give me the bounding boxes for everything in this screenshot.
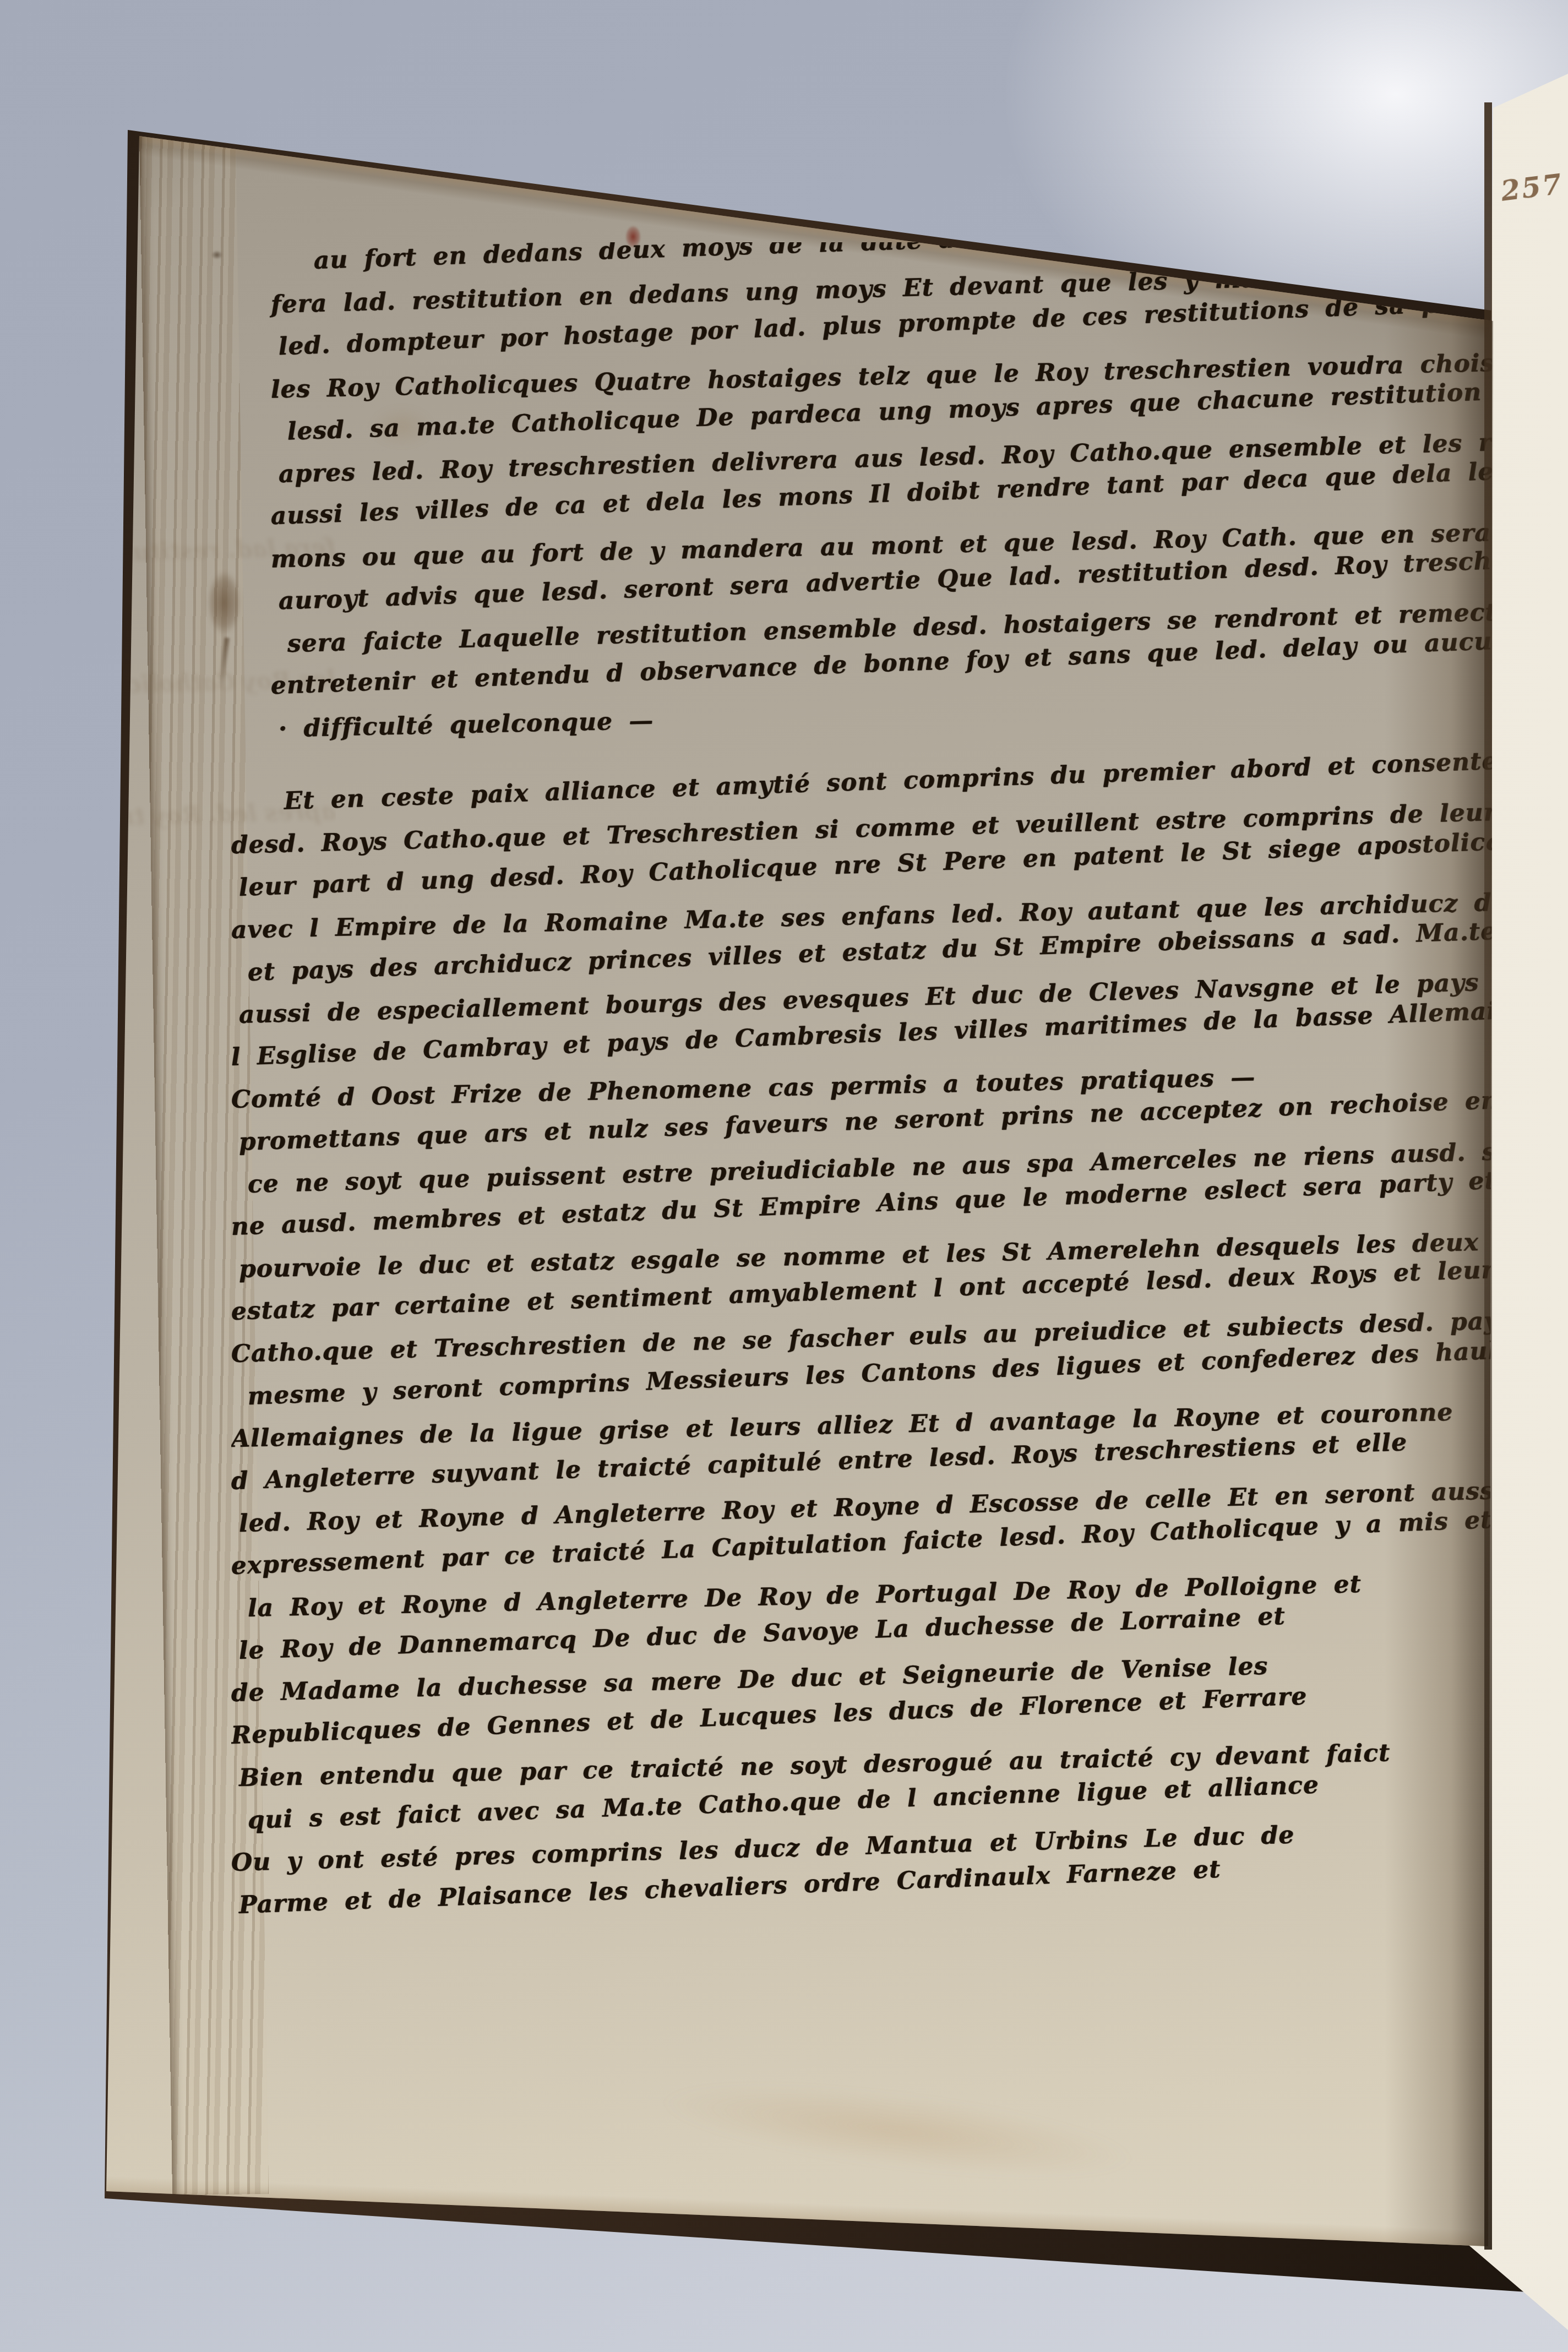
water-stain (618, 2048, 1177, 2214)
fore-edge-gap (1484, 102, 1492, 2250)
manuscript-photograph: 257 fera lad. restitution en dedans ung … (0, 0, 1568, 2352)
manuscript-page: fera lad. restitution en dedans ung moys… (0, 0, 1568, 2352)
fore-edge-shadow (1385, 300, 1492, 2252)
manuscript-text: au fort en dedans deux moys de la date d… (231, 242, 1492, 1988)
manuscript-paragraph-2: Et en ceste paix alliance et amytié sont… (231, 782, 1492, 1926)
folio-number: 257 (1498, 155, 1568, 219)
manuscript-paragraph-1: au fort en dedans deux moys de la date d… (231, 242, 1492, 751)
